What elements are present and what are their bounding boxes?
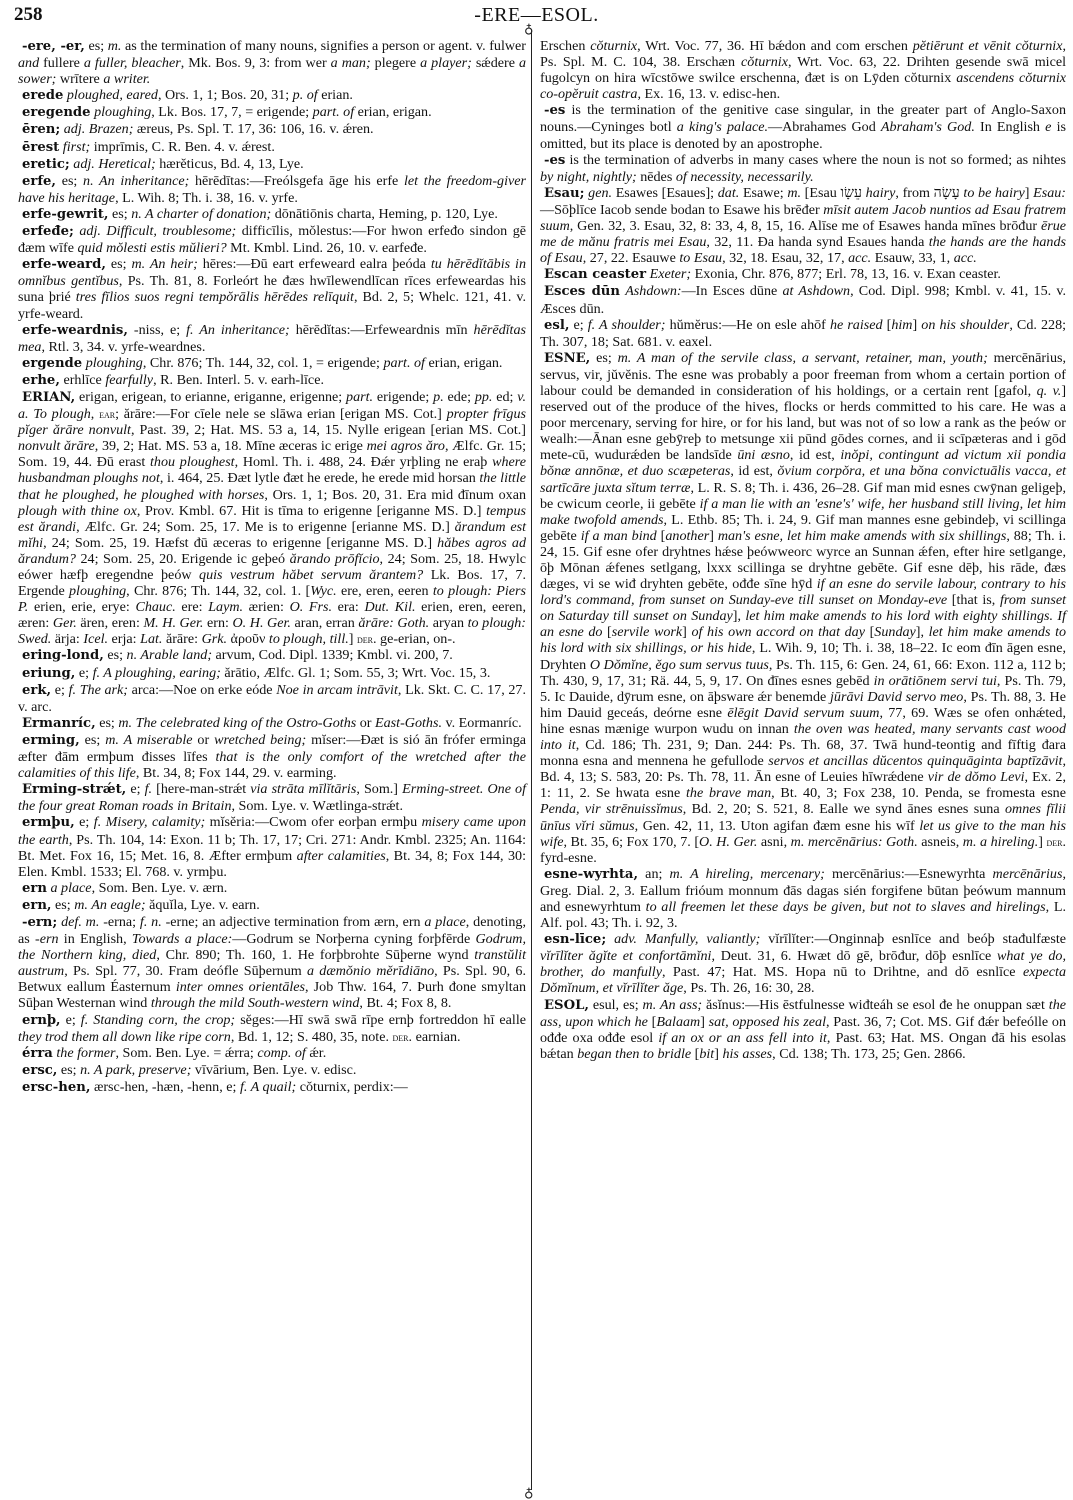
headword: ermþu, bbox=[22, 815, 75, 830]
definition-italic: in orātiōnem servi tui bbox=[874, 673, 997, 689]
entry-text: , bbox=[91, 406, 99, 422]
definition-italic: n. An inheritance; bbox=[83, 173, 189, 189]
dictionary-entry: esl, e; f. A shoulder; hŭmĕrus:—He on es… bbox=[540, 317, 1066, 350]
definition-italic: if a man bind bbox=[581, 528, 657, 544]
entry-text: e; bbox=[51, 682, 69, 698]
headword: ERIAN, bbox=[22, 390, 75, 405]
definition-italic: a place bbox=[424, 914, 465, 930]
definition-italic: f. A quail; bbox=[240, 1079, 296, 1095]
entry-text: Esawe; bbox=[739, 185, 787, 201]
definition-italic: quis vestrum hăbet servum ărantem? bbox=[199, 567, 423, 583]
entry-text: aryan bbox=[429, 615, 467, 631]
left-column: -ere, -er, es; m. as the termination of … bbox=[18, 38, 526, 1096]
definition-italic: n. Arable land; bbox=[127, 647, 212, 663]
entry-text: ärja: bbox=[51, 631, 83, 647]
dictionary-entry: ering-lond, es; n. Arable land; arvum, C… bbox=[18, 647, 526, 664]
entry-text: hērēdĭtas:—Erfeweardnis mīn bbox=[290, 322, 474, 338]
dictionary-entry: erfeđe; adj. Difficult, troublesome; dif… bbox=[18, 223, 526, 256]
definition-italic: of necessity, necessarily. bbox=[676, 169, 814, 185]
headword: -es bbox=[544, 153, 565, 168]
small-caps-label: der bbox=[357, 632, 373, 646]
definition-italic: O. H. Ger. bbox=[699, 834, 757, 850]
entry-text: es; bbox=[96, 715, 119, 731]
entry-text: , Chr. 890; Th. 160, 1. He forþbrohte Sū… bbox=[156, 947, 474, 963]
column-divider bbox=[531, 30, 532, 1490]
entry-text: Erschen bbox=[540, 38, 590, 54]
dictionary-entry: ersc, es; n. A park, preserve; vīvārium,… bbox=[18, 1062, 526, 1079]
definition-italic: Ashdown: bbox=[625, 283, 681, 299]
definition-italic: a player; bbox=[420, 55, 472, 71]
entry-text: [ bbox=[865, 624, 874, 640]
definition-italic: ūni æsno bbox=[737, 447, 790, 463]
headword: ernþ, bbox=[22, 1013, 61, 1028]
entry-text: , Gen. 42, 11, 13. Uton agifan đæm esne … bbox=[635, 818, 920, 834]
entry-text: Mt. Kmbl. Lind. 26, 10. v. earfeđe. bbox=[227, 240, 427, 256]
dictionary-entry: -ere, -er, es; m. as the termination of … bbox=[18, 38, 526, 87]
entry-text: ere: bbox=[176, 599, 208, 615]
entry-text: [that is, bbox=[947, 592, 1000, 608]
definition-italic: Abraham's God. bbox=[881, 119, 975, 135]
entry-text: es; bbox=[85, 38, 108, 54]
entry-text: , id est, bbox=[790, 447, 840, 463]
entry-text: or bbox=[356, 715, 375, 731]
definition-italic: began then to bridle bbox=[577, 1046, 691, 1062]
entry-text: -erna; bbox=[99, 914, 140, 930]
entry-text: —In Esces dūne bbox=[682, 283, 783, 299]
entry-text: , Gen. 32, 3. Esau, 32, 8: 33, 4, 8, 15,… bbox=[570, 218, 1041, 234]
definition-italic: m. An ass; bbox=[643, 997, 703, 1013]
definition-italic: of his own accord on that day bbox=[691, 624, 865, 640]
dictionary-entry: ermþu, e; f. Misery, calamity; mĭsĕria:—… bbox=[18, 814, 526, 879]
column-ornament-bottom-icon: ♁ bbox=[524, 1486, 534, 1499]
definition-italic: ărando prōfĭcio bbox=[290, 551, 380, 567]
definition-italic: first; bbox=[63, 139, 90, 155]
definition-italic: f. n. bbox=[140, 914, 162, 930]
definition-italic: n. A charter of donation; bbox=[131, 206, 271, 222]
definition-italic: to Esau bbox=[679, 250, 722, 266]
dictionary-entry: ESOL, esul, es; m. An ass; ăsĭnus:—His ē… bbox=[540, 997, 1066, 1062]
definition-italic: vĭrīlĭter ăgĭte et confortāmĭni bbox=[540, 948, 711, 964]
entry-text: ărātio, Ælfc. Gl. 1; Som. 55, 3; Wrt. Vo… bbox=[221, 665, 491, 681]
definition-italic: ēlēgit David servum suum bbox=[727, 705, 879, 721]
definition-italic: him bbox=[891, 317, 912, 333]
entry-text: , 27, 22. Esauwe bbox=[583, 250, 680, 266]
definition-italic: servos et ancillas dŭcentos quinquāginta… bbox=[768, 753, 1062, 769]
entry-text: cŏturnix, perdix:— bbox=[296, 1079, 408, 1095]
headword: ērest bbox=[22, 140, 59, 155]
headword: ering-lond, bbox=[22, 648, 104, 663]
definition-italic: m. A hireling, mercenary; bbox=[670, 866, 825, 882]
entry-text: arca:—Noe on erke eóde bbox=[128, 682, 276, 698]
entry-text: In English bbox=[975, 119, 1045, 135]
definition-italic: Icel. bbox=[83, 631, 108, 647]
entry-text: es; bbox=[57, 1062, 80, 1078]
definition-italic: ărāre: Goth. bbox=[358, 615, 429, 631]
definition-italic: through the mild South-western wind bbox=[151, 995, 360, 1011]
entry-text: , 39, 2; Hat. MS. 53 a, 18. Mīne æceras … bbox=[95, 438, 367, 454]
dictionary-entry: erfe-weard, es; m. An heir; hēres:—Đū ea… bbox=[18, 256, 526, 321]
entry-text: [ bbox=[602, 624, 611, 640]
entry-text: , Ors. 1, 1; Bos. 20, 31; bbox=[158, 87, 293, 103]
dictionary-entry: erfe-weardnis, -niss, e; f. An inheritan… bbox=[18, 322, 526, 355]
entry-text: , Mk. Bos. 9, 3: from wer bbox=[181, 55, 331, 71]
entry-text: esul, es; bbox=[589, 997, 643, 1013]
entry-text: —Godrum se Norþerna cyning forþfērde bbox=[232, 931, 475, 947]
dictionary-entry: erming, es; m. A miserable or wretched b… bbox=[18, 732, 526, 781]
entry-text: arvum, Cod. Dipl. 1339; Kmbl. vi. 200, 7… bbox=[212, 647, 453, 663]
definition-italic: Sunday bbox=[874, 624, 916, 640]
headword: ESOL, bbox=[544, 998, 589, 1013]
entry-text: imprīmis, C. R. Ben. 4. v. ǽrest. bbox=[90, 139, 275, 155]
definition-italic: pp. bbox=[475, 389, 493, 405]
entry-text: e; bbox=[75, 665, 92, 681]
entry-text: [here-man-strǽt bbox=[152, 781, 250, 797]
definition-italic: hairy bbox=[866, 185, 896, 201]
entry-text: v. Eormanríc. bbox=[442, 715, 522, 731]
entry-text: , Bt. 34, 8; Fox 144, 29. v. earming. bbox=[136, 765, 337, 781]
entry-text: ede; bbox=[444, 389, 475, 405]
entry-text: hērēdītas:—Freólsgefa āge his erfe bbox=[189, 173, 404, 189]
dictionary-entry: ern a place, Som. Ben. Lye. v. ærn. bbox=[18, 880, 526, 897]
entry-text: es; bbox=[52, 897, 75, 913]
definition-italic: p. of bbox=[293, 87, 318, 103]
entry-text: , 24; Som. 25, 19. Hæfst đū æceras to er… bbox=[43, 535, 437, 551]
entry-text: e; bbox=[569, 317, 587, 333]
definition-italic: inter omnes orientāles bbox=[176, 979, 305, 995]
entry-text: es; bbox=[104, 647, 127, 663]
entry-text: ] bbox=[1025, 185, 1033, 201]
entry-text: in English, bbox=[59, 931, 132, 947]
entry-text: , Bd. 2, 20; S. 521, 8. Ealle we synd ān… bbox=[683, 801, 1005, 817]
definition-italic: jūrāvi David servo meo bbox=[830, 689, 963, 705]
definition-italic: m. The celebrated king of the Ostro-Goth… bbox=[118, 715, 356, 731]
headword: Esces dūn bbox=[544, 284, 620, 299]
headword: esne-wyrhta, bbox=[544, 867, 638, 882]
entry-text: ], bbox=[733, 608, 746, 624]
dictionary-entry: esn-līce; adv. Manfully, valiantly; vĭrī… bbox=[540, 931, 1066, 996]
entry-text: fullere bbox=[39, 55, 84, 71]
definition-italic: a dæmŏnio mĕrīdiāno bbox=[307, 963, 434, 979]
definition-italic: O. Frs. bbox=[290, 599, 332, 615]
entry-text: erian. bbox=[318, 87, 353, 103]
entry-text: erja: bbox=[108, 631, 140, 647]
definition-italic: m. a hireling. bbox=[963, 834, 1038, 850]
dictionary-entry: -ern; def. m. -erna; f. n. -erne; an adj… bbox=[18, 914, 526, 1012]
definition-italic: f. Standing corn, the crop; bbox=[81, 1012, 235, 1028]
entry-text: es; bbox=[56, 173, 83, 189]
dictionary-entry: ernþ, e; f. Standing corn, the crop; sĕg… bbox=[18, 1012, 526, 1045]
entry-text: ], bbox=[916, 624, 929, 640]
definition-italic: bit bbox=[699, 1046, 714, 1062]
headword: erhe, bbox=[22, 373, 60, 388]
definition-italic: tres fīlios suos regni tempŏrālis hērēde… bbox=[76, 289, 354, 305]
page-header: 258 -ERE—ESOL. bbox=[14, 4, 1059, 32]
entry-text: e; bbox=[75, 814, 94, 830]
entry-text: is the termination of adverbs in many ca… bbox=[565, 152, 1066, 168]
headword: -ern; bbox=[22, 915, 57, 930]
headword: -ere, -er, bbox=[22, 39, 85, 54]
definition-italic: the brave man bbox=[686, 785, 771, 801]
entry-text: erien, erie, erye: bbox=[28, 599, 135, 615]
definition-italic: comp. of bbox=[257, 1045, 306, 1061]
entry-text: ere, eren, eeren bbox=[337, 583, 433, 599]
definition-italic: another bbox=[665, 528, 709, 544]
definition-italic: if an ox or an ass fell into it bbox=[658, 1030, 827, 1046]
entry-text: vīvārium, Ben. Lye. v. edisc. bbox=[191, 1062, 356, 1078]
entry-text: ären, eren: bbox=[77, 615, 144, 631]
dictionary-entry: erk, e; f. The ark; arca:—Noe on erke eó… bbox=[18, 682, 526, 715]
definition-italic: Lat. bbox=[140, 631, 162, 647]
definition-italic: f. bbox=[145, 781, 152, 797]
definition-italic: the former bbox=[56, 1045, 115, 1061]
definition-italic: f. An inheritance; bbox=[186, 322, 290, 338]
entry-text: dōnātiōnis charta, Heming, p. 120, Lye. bbox=[271, 206, 498, 222]
entry-text: ern: bbox=[203, 615, 232, 631]
definition-italic: Laym. bbox=[208, 599, 243, 615]
column-ornament-top-icon: ♁ bbox=[524, 22, 534, 35]
definition-italic: gen. bbox=[588, 185, 612, 201]
headword: Ermanríc, bbox=[22, 716, 96, 731]
definition-italic: ploughing bbox=[94, 104, 151, 120]
entry-text: —Abrahames God bbox=[768, 119, 881, 135]
definition-italic: a man; bbox=[331, 55, 371, 71]
entry-text: as the termination of many nouns, signif… bbox=[121, 38, 526, 54]
headword: erfe-weard, bbox=[22, 257, 106, 272]
dictionary-entry-continuation: Erschen cŏturnix, Wrt. Voc. 77, 36. Hī b… bbox=[540, 38, 1066, 102]
headword: érra bbox=[22, 1046, 53, 1061]
dictionary-entry: ērest first; imprīmis, C. R. Ben. 4. v. … bbox=[18, 139, 526, 156]
entry-text: , Bt. 40, 3; Fox 238, 10. Penda, se from… bbox=[771, 785, 1066, 801]
definition-italic: a king's palace. bbox=[677, 119, 768, 135]
definition-italic: m. An eagle; bbox=[74, 897, 145, 913]
entry-text: 24; Som. 25, 20. Erigende ic geþeó bbox=[76, 551, 290, 567]
entry-text: mĭsĕria:—Cwom ofer eorþan ermþu bbox=[205, 814, 421, 830]
definition-italic: servile work bbox=[612, 624, 682, 640]
definition-italic: f. A shoulder; bbox=[588, 317, 666, 333]
entry-text: , Ps. Spl. 77, 30. Fram deófle Sūþernum bbox=[64, 963, 307, 979]
definition-italic: vir de dŏmo Levi bbox=[928, 769, 1025, 785]
headword: ergende bbox=[22, 356, 82, 371]
small-caps-label: ear bbox=[99, 407, 115, 421]
definition-italic: n. A park, preserve; bbox=[80, 1062, 191, 1078]
right-column: Erschen cŏturnix, Wrt. Voc. 77, 36. Hī b… bbox=[540, 38, 1066, 1062]
definition-italic: mercēnārius bbox=[993, 866, 1063, 882]
dictionary-entry: Escan ceaster Exeter; Exonia, Chr. 876, … bbox=[540, 266, 1066, 283]
definition-italic: acc. bbox=[848, 250, 871, 266]
entry-text: , Prov. Kmbl. 67. Hit is tīma to erigenn… bbox=[137, 503, 486, 519]
headword: ēren; bbox=[22, 122, 60, 137]
entry-text: vĭrīlĭter:—Onginnaþ esnlīce and beóþ sta… bbox=[760, 931, 1066, 947]
entry-text: , Past. 39, 2; Hat. MS. 53 a, 14, 15. Ny… bbox=[131, 422, 526, 438]
entry-text: , Wrt. Voc. 77, 36. Hī bǽdon and com ers… bbox=[637, 38, 913, 54]
definition-italic: sat, opposed his zeal bbox=[709, 1014, 826, 1030]
definition-italic: O. H. Ger. bbox=[233, 615, 291, 631]
entry-text: , R. Ben. Interl. 5. v. earh-līce. bbox=[153, 372, 324, 388]
definition-italic: part. of bbox=[383, 355, 425, 371]
entry-text: mercēnārius:—Esnewyrhta bbox=[825, 866, 993, 882]
definition-italic: to be hairy bbox=[963, 185, 1024, 201]
entry-text: erhlīce bbox=[60, 372, 105, 388]
headword: ern, bbox=[22, 898, 52, 913]
definition-italic: plough with thine ox bbox=[18, 503, 137, 519]
definition-italic: part. bbox=[346, 389, 373, 405]
headword: erede bbox=[22, 88, 63, 103]
entry-text: —Sōþlīce Iacob sende bodan to Esawe his … bbox=[540, 202, 823, 218]
headword: -es bbox=[544, 103, 565, 118]
entry-text: ǽr. bbox=[306, 1045, 326, 1061]
entry-text: ed; bbox=[492, 389, 517, 405]
definition-italic: -ern bbox=[35, 931, 58, 947]
entry-text: , L. Wih. 8; Th. i. 38, 16. v. yrfe. bbox=[115, 190, 298, 206]
definition-italic: after calamities bbox=[297, 848, 386, 864]
definition-italic: p. bbox=[433, 389, 444, 405]
dictionary-entry: erfe, es; n. An inheritance; hērēdītas:—… bbox=[18, 173, 526, 206]
headword: ern bbox=[22, 881, 47, 896]
entry-text: -niss, e; bbox=[128, 322, 186, 338]
definition-italic: they trod them all down like ripe corn bbox=[18, 1029, 231, 1045]
entry-text: ærsc-hen, -hæn, -henn, e; bbox=[90, 1079, 240, 1095]
dictionary-entry: Ermanríc, es; m. The celebrated king of … bbox=[18, 715, 526, 732]
dictionary-entry: esne-wyrhta, an; m. A hireling, mercenar… bbox=[540, 866, 1066, 931]
headword: erfe, bbox=[22, 174, 56, 189]
definition-italic: at Ashdown bbox=[782, 283, 850, 299]
headword: esn-līce; bbox=[544, 932, 606, 947]
dictionary-entry: erfe-gewrit, es; n. A charter of donatio… bbox=[18, 206, 526, 223]
entry-text: . earnian. bbox=[409, 1029, 461, 1045]
definition-italic: Noe in arcam intrāvit bbox=[276, 682, 398, 698]
definition-italic: m. A miserable bbox=[105, 732, 192, 748]
entry-text: ] bbox=[700, 1014, 708, 1030]
definition-italic: nonvult ărāre bbox=[18, 438, 95, 454]
entry-text: ἀροῦν bbox=[227, 631, 269, 647]
entry-text: , Homl. Th. i. 488, 24. Đǽr yrþling ne e… bbox=[235, 454, 492, 470]
definition-italic: Grk. bbox=[202, 631, 227, 647]
entry-text: es; bbox=[106, 256, 132, 272]
entry-text: hŭmĕrus:—He on esle ahōf bbox=[666, 317, 830, 333]
headword: erk, bbox=[22, 683, 51, 698]
entry-text: aran, erran bbox=[291, 615, 358, 631]
definition-italic: m. An heir; bbox=[131, 256, 197, 272]
definition-italic: by night, nightly; bbox=[540, 169, 637, 185]
entry-text: erian, erigan. bbox=[354, 104, 431, 120]
entry-text: es; bbox=[108, 206, 131, 222]
entry-text: plegere bbox=[371, 55, 420, 71]
entry-text: sǽdere bbox=[472, 55, 519, 71]
definition-italic: f. The ark; bbox=[69, 682, 128, 698]
dictionary-entry: érra the former, Som. Ben. Lye. = ǽrra; … bbox=[18, 1045, 526, 1062]
definition-italic: a fuller, bleacher bbox=[84, 55, 181, 71]
entry-text: , Chr. 876; Th. 144, 32, col. 1, = erige… bbox=[143, 355, 384, 371]
definition-italic: f. A ploughing, earing; bbox=[93, 665, 221, 681]
dictionary-entry: Esces dūn Ashdown:—In Esces dūne at Ashd… bbox=[540, 283, 1066, 316]
dictionary-entry: -es is the termination of the genitive c… bbox=[540, 102, 1066, 151]
definition-italic: his asses bbox=[722, 1046, 772, 1062]
entry-text: -erne; an adjective termination from ærn… bbox=[162, 914, 425, 930]
entry-text: nēdes bbox=[637, 169, 676, 185]
headword: Esau; bbox=[544, 186, 584, 201]
definition-italic: man's esne, let him make amends with six… bbox=[718, 528, 1007, 544]
entry-text: erian, erigan. bbox=[425, 355, 502, 371]
entry-text: es; bbox=[80, 732, 106, 748]
entry-text: , Ors. 1, 1; Bos. 20, 31. Era mid đīnum … bbox=[264, 487, 526, 503]
dictionary-entry: Erming-strǽt, e; f. [here-man-strǽt via … bbox=[18, 781, 526, 814]
entry-text: ăsĭnus:—His ēstfulnesse wiđteáh se esol … bbox=[702, 997, 1049, 1013]
entry-text: ] bbox=[709, 528, 718, 544]
dictionary-entry: ern, es; m. An eagle; ăquĭla, Lye. v. ea… bbox=[18, 897, 526, 914]
entry-text: Esauw, 33, 1, bbox=[871, 250, 953, 266]
entry-text: ărāre: bbox=[162, 631, 201, 647]
definition-italic: Wyc. bbox=[310, 583, 336, 599]
definition-italic: to all freemen let these days be given, … bbox=[646, 899, 1046, 915]
headword: erming, bbox=[22, 733, 80, 748]
definition-italic: Balaam bbox=[656, 1014, 700, 1030]
definition-italic: adj. Brazen; bbox=[64, 121, 134, 137]
definition-italic: O Dŏmĭne, ĕgo sum servus tuus bbox=[590, 657, 769, 673]
entry-text: hærĕticus, Bd. 4, 13, Lye. bbox=[156, 156, 304, 172]
definition-italic: M. H. Ger. bbox=[143, 615, 203, 631]
entry-text: . ge-erian, on-. bbox=[373, 631, 456, 647]
headword: esl, bbox=[544, 318, 569, 333]
headword: ersc-hen, bbox=[22, 1080, 90, 1095]
definition-italic: m. A man of the servile class, a servant… bbox=[618, 350, 988, 366]
entry-text: e; bbox=[61, 1012, 81, 1028]
entry-text: hēres:—Đū eart erfeweard ealra þeóda bbox=[198, 256, 431, 272]
entry-text: , Som. Ben. Lye. v. ærn. bbox=[92, 880, 228, 896]
definition-italic: q. v. bbox=[1037, 383, 1062, 399]
dictionary-entry: eretic; adj. Heretical; hærĕticus, Bd. 4… bbox=[18, 156, 526, 173]
entry-text bbox=[606, 931, 614, 947]
definition-italic: quid mŏlesti estis mŭlieri? bbox=[78, 240, 227, 256]
definition-italic: wretched being; bbox=[214, 732, 306, 748]
entry-text: , Bt. 4; Fox 8, 8. bbox=[359, 995, 451, 1011]
entry-text: ] bbox=[349, 631, 357, 647]
entry-text: era: bbox=[332, 599, 364, 615]
entry-text: , id est, bbox=[730, 463, 777, 479]
entry-text: e; bbox=[126, 781, 144, 797]
definition-italic: adj. Heretical; bbox=[73, 156, 155, 172]
headword: eretic; bbox=[22, 157, 70, 172]
dictionary-entry: eriung, e; f. A ploughing, earing; ărāti… bbox=[18, 665, 526, 682]
entry-text: , i. 464, 25. Đæt lytle đæt he erede, he… bbox=[160, 470, 479, 486]
entry-text: , Som.] bbox=[356, 781, 402, 797]
dictionary-entry: erhe, erhlīce fearfully, R. Ben. Interl.… bbox=[18, 372, 526, 389]
headword: Escan ceaster bbox=[544, 267, 646, 282]
entry-text: , Bd. 1, 12; S. 480, 35, note. bbox=[231, 1029, 393, 1045]
entry-text: [Esau עֵשָׂו bbox=[801, 185, 866, 201]
entry-text: an; bbox=[638, 866, 670, 882]
dictionary-entry: Esau; gen. Esawes [Esaues]; dat. Esawe; … bbox=[540, 185, 1066, 266]
entry-text: ; ărāre:—For cīele nele se slāwa erian [… bbox=[115, 406, 447, 422]
entry-text: æreus, Ps. Spl. T. 17, 36: 106, 16. v. ǽ… bbox=[133, 121, 373, 137]
small-caps-label: der bbox=[1046, 835, 1062, 849]
entry-text: Esawes [Esaues]; bbox=[612, 185, 718, 201]
definition-italic: dat. bbox=[718, 185, 740, 201]
dictionary-entry: eregende ploughing, Lk. Bos. 17, 7, = er… bbox=[18, 104, 526, 121]
dictionary-entry: ergende ploughing, Chr. 876; Th. 144, 32… bbox=[18, 355, 526, 372]
running-head: -ERE—ESOL. bbox=[14, 4, 1059, 27]
entry-text: erigende; bbox=[373, 389, 433, 405]
entry-text: es; bbox=[590, 350, 617, 366]
definition-italic: Ger. bbox=[53, 615, 77, 631]
entry-text: , Cd. 138; Th. 173, 25; Gen. 2866. bbox=[772, 1046, 966, 1062]
entry-text: ] bbox=[912, 317, 921, 333]
definition-italic: part. of bbox=[313, 104, 355, 120]
entry-text: , Chr. 876; Th. 144, 32, col. 1. [ bbox=[126, 583, 310, 599]
definition-italic: fearfully bbox=[105, 372, 153, 388]
entry-text: , Som. Ben. Lye. = ǽrra; bbox=[115, 1045, 257, 1061]
definition-italic: cŏturnix bbox=[590, 38, 637, 54]
entry-text: wrītere bbox=[56, 71, 103, 87]
